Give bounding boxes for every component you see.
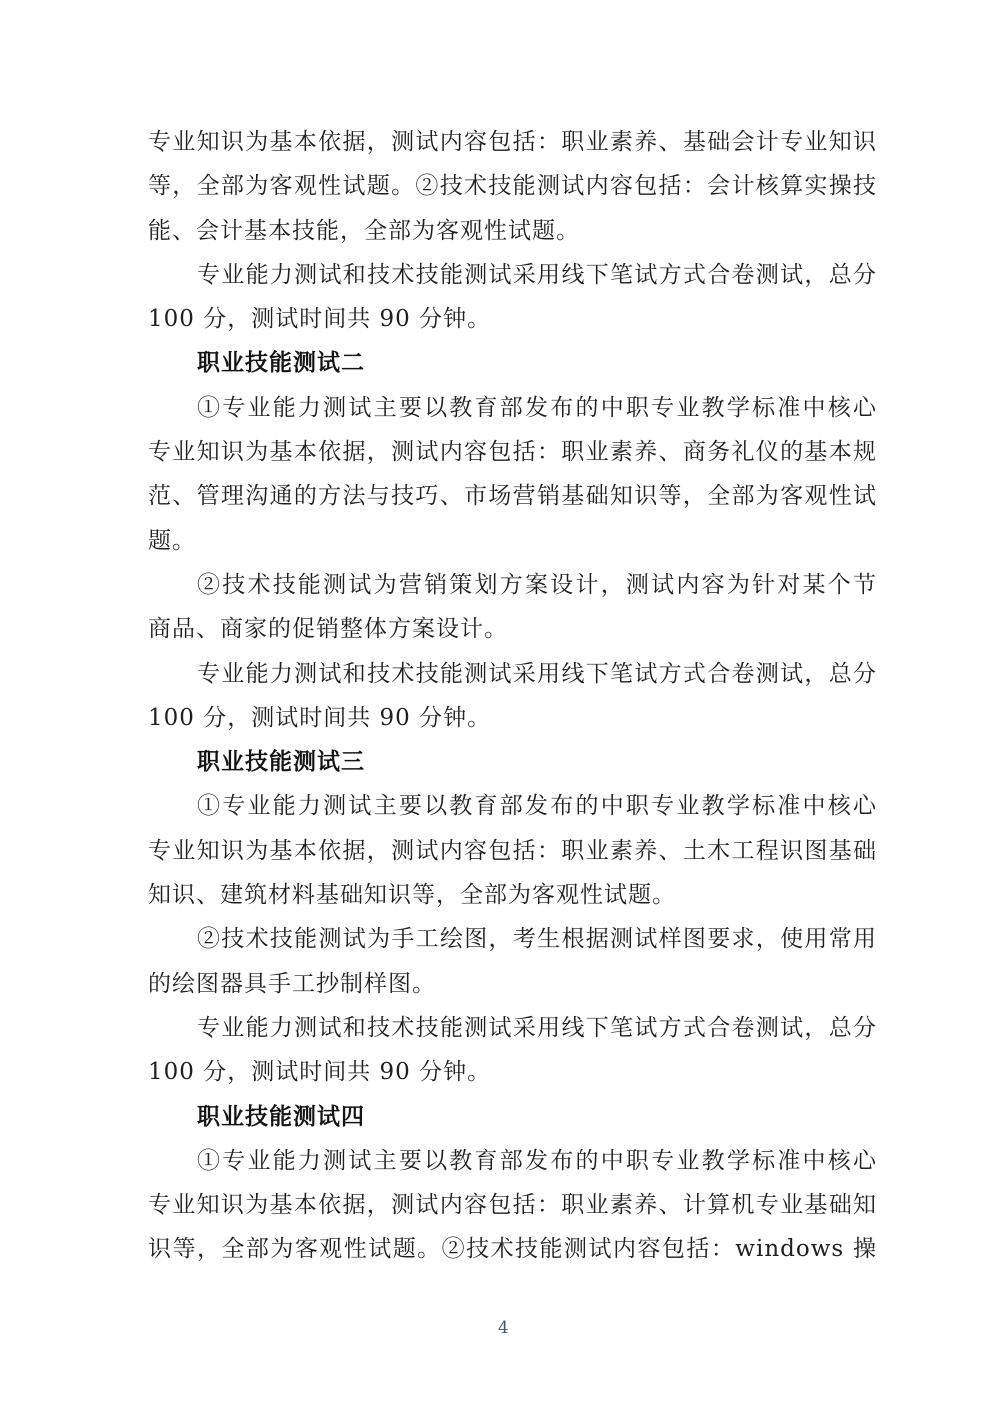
paragraph-line: 100 分，测试时间共 90 分钟。 bbox=[148, 1050, 877, 1094]
paragraph-line: 专业知识为基本依据，测试内容包括：职业素养、土木工程识图基础 bbox=[148, 829, 877, 873]
paragraph-line: 专业能力测试和技术技能测试采用线下笔试方式合卷测试，总分 bbox=[148, 1006, 877, 1050]
paragraph-line: 专业知识为基本依据，测试内容包括：职业素养、基础会计专业知识 bbox=[148, 120, 877, 164]
document-page: 专业知识为基本依据，测试内容包括：职业素养、基础会计专业知识 等，全部为客观性试… bbox=[0, 0, 1007, 1418]
paragraph-line: 识等，全部为客观性试题。②技术技能测试内容包括：windows 操作 bbox=[148, 1227, 877, 1271]
page-footer: 4 bbox=[0, 1318, 1007, 1338]
paragraph-line: ②技术技能测试为营销策划方案设计，测试内容为针对某个节日、 bbox=[148, 563, 877, 607]
paragraph-line: 专业知识为基本依据，测试内容包括：职业素养、商务礼仪的基本规 bbox=[148, 430, 877, 474]
paragraph-line: ①专业能力测试主要以教育部发布的中职专业教学标准中核心 bbox=[148, 386, 877, 430]
paragraph-line: ①专业能力测试主要以教育部发布的中职专业教学标准中核心 bbox=[148, 1139, 877, 1183]
paragraph-line: 能、会计基本技能，全部为客观性试题。 bbox=[148, 209, 877, 253]
paragraph-line: 商品、商家的促销整体方案设计。 bbox=[148, 607, 877, 651]
paragraph-line: 专业能力测试和技术技能测试采用线下笔试方式合卷测试，总分 bbox=[148, 253, 877, 297]
paragraph-line: 100 分，测试时间共 90 分钟。 bbox=[148, 696, 877, 740]
paragraph-line: ①专业能力测试主要以教育部发布的中职专业教学标准中核心 bbox=[148, 784, 877, 828]
paragraph-line: 专业能力测试和技术技能测试采用线下笔试方式合卷测试，总分 bbox=[148, 652, 877, 696]
paragraph-line: ②技术技能测试为手工绘图，考生根据测试样图要求，使用常用 bbox=[148, 917, 877, 961]
paragraph-line: 范、管理沟通的方法与技巧、市场营销基础知识等，全部为客观性试 bbox=[148, 474, 877, 518]
page-number: 4 bbox=[498, 1318, 509, 1338]
paragraph-line: 的绘图器具手工抄制样图。 bbox=[148, 962, 877, 1006]
section-heading-test-4: 职业技能测试四 bbox=[148, 1095, 877, 1139]
section-heading-test-3: 职业技能测试三 bbox=[148, 740, 877, 784]
paragraph-line: 100 分，测试时间共 90 分钟。 bbox=[148, 297, 877, 341]
section-heading-test-2: 职业技能测试二 bbox=[148, 341, 877, 385]
paragraph-line: 专业知识为基本依据，测试内容包括：职业素养、计算机专业基础知 bbox=[148, 1183, 877, 1227]
document-body: 专业知识为基本依据，测试内容包括：职业素养、基础会计专业知识 等，全部为客观性试… bbox=[148, 120, 877, 1272]
paragraph-line: 等，全部为客观性试题。②技术技能测试内容包括：会计核算实操技 bbox=[148, 164, 877, 208]
paragraph-line: 知识、建筑材料基础知识等，全部为客观性试题。 bbox=[148, 873, 877, 917]
paragraph-line: 题。 bbox=[148, 519, 877, 563]
